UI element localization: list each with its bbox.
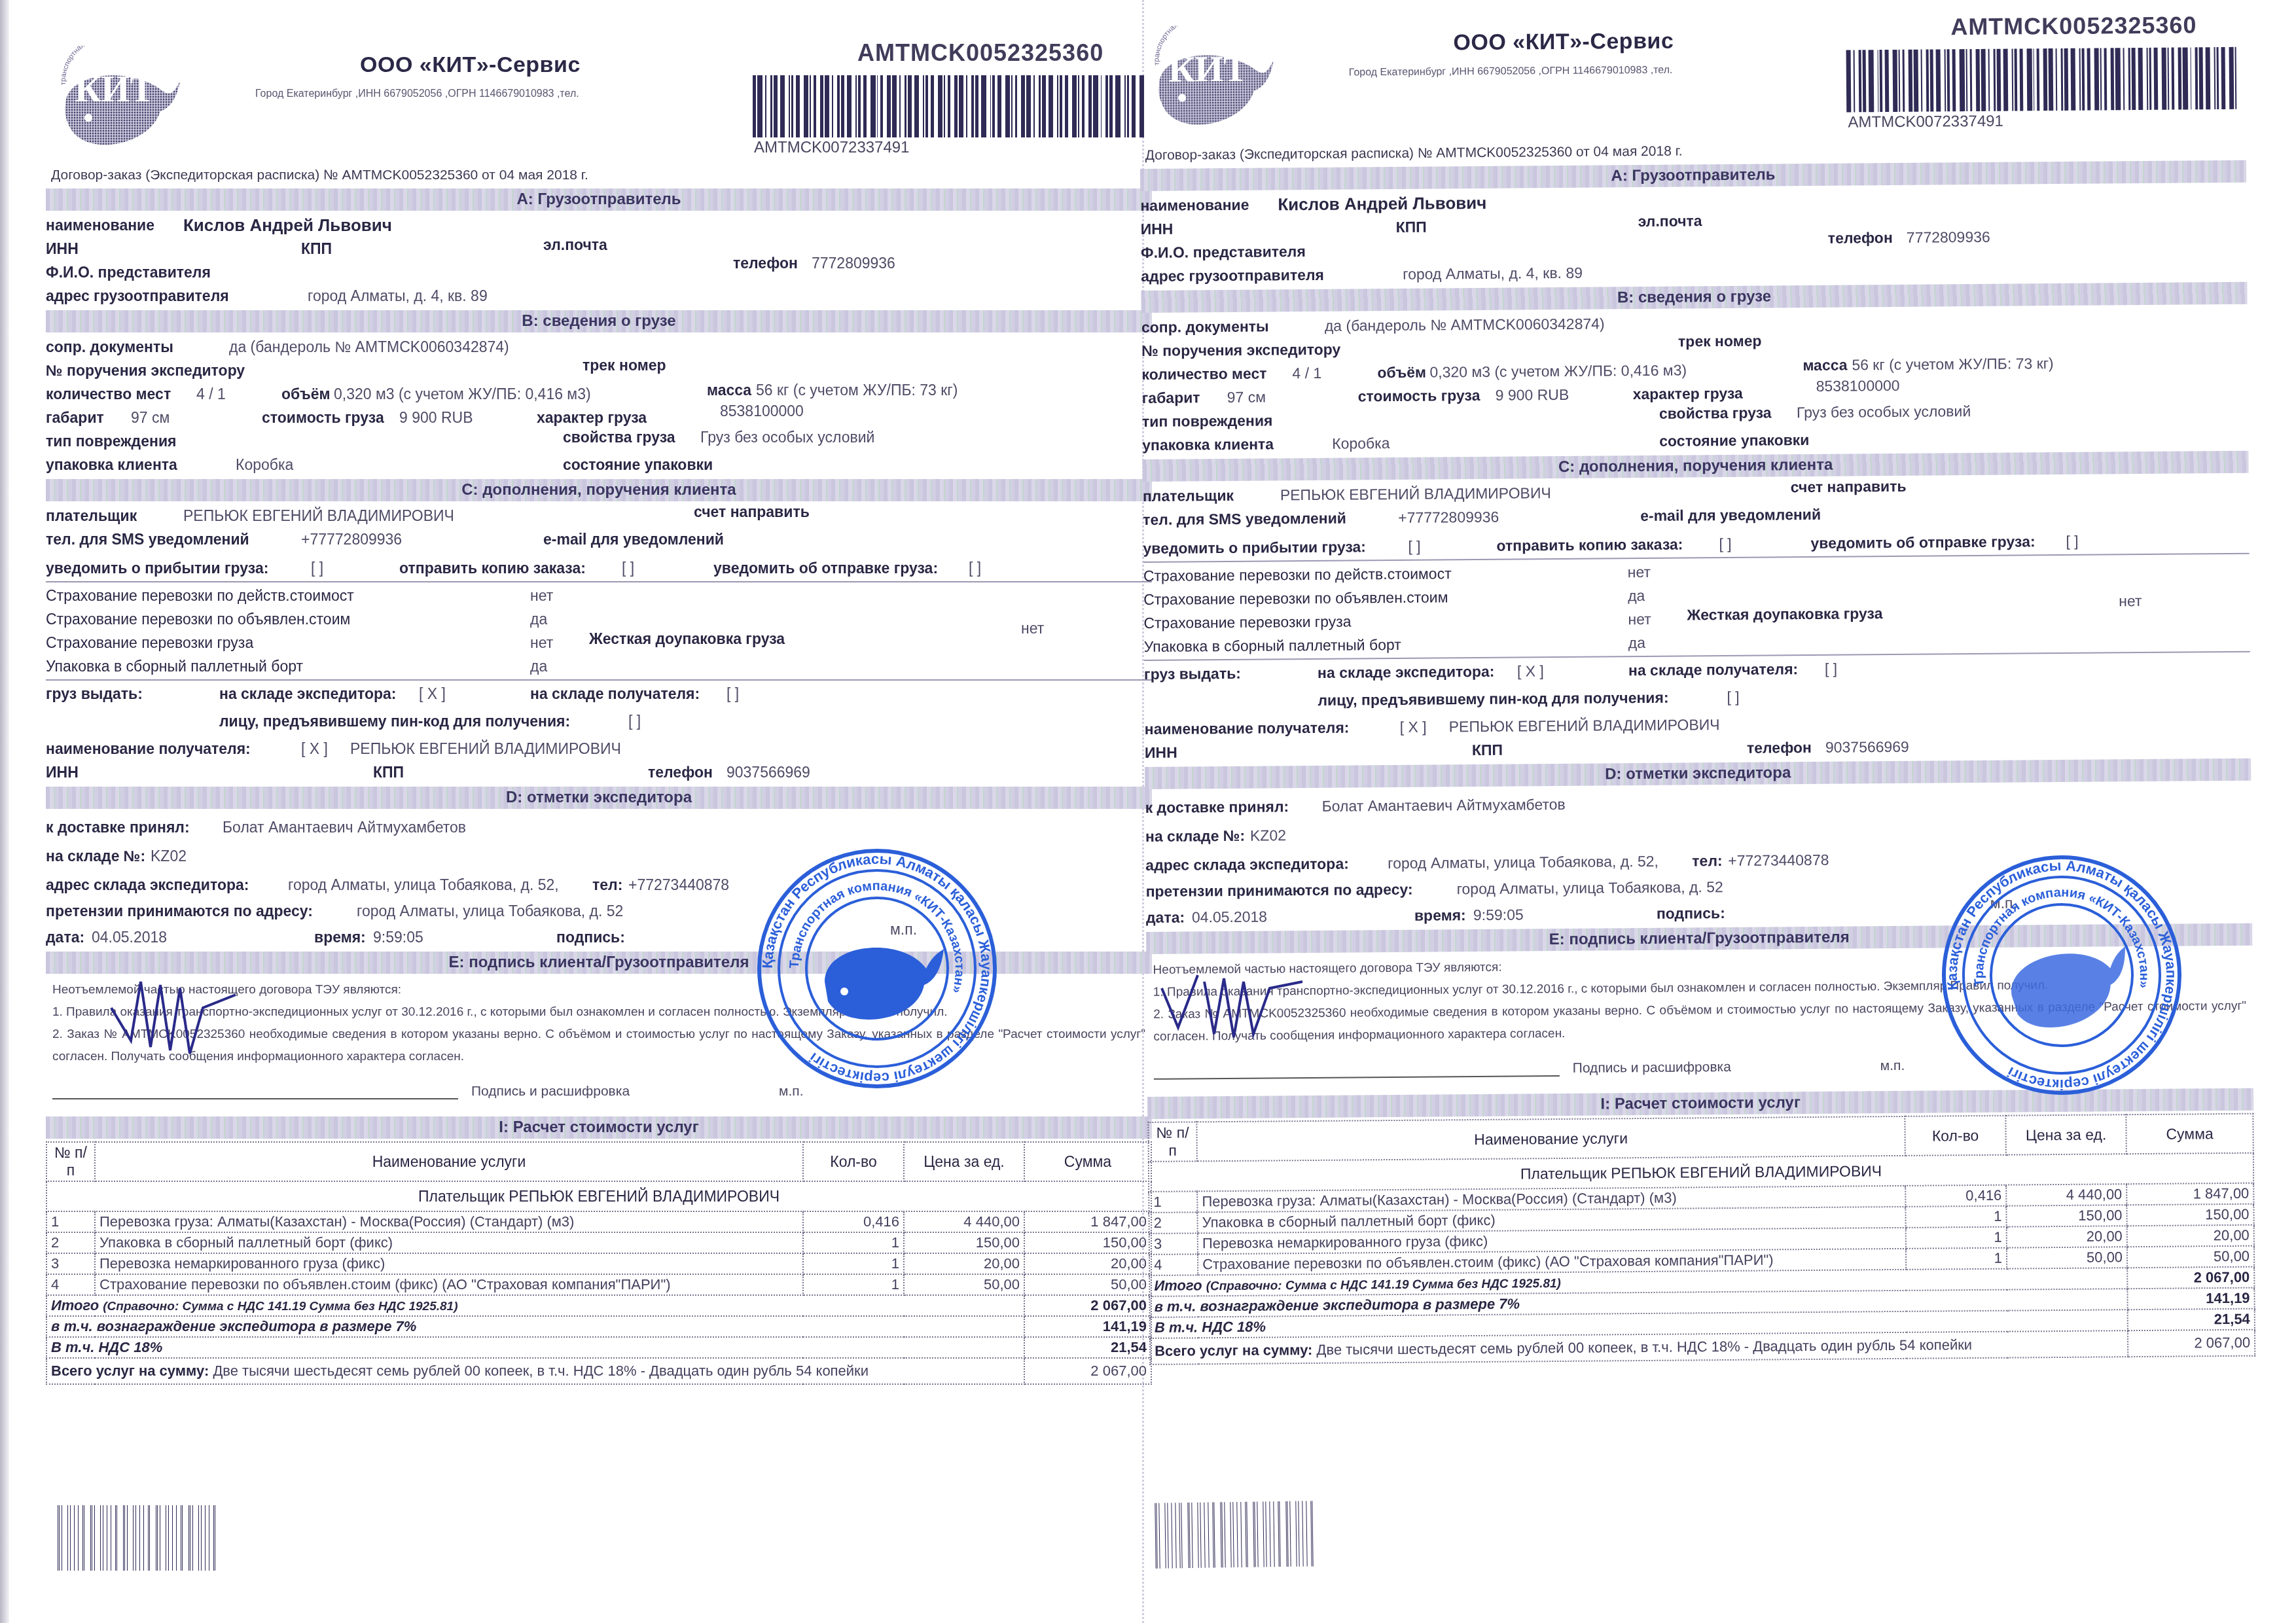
quantity: 0,416	[1905, 1185, 2006, 1207]
section-b-header: B: сведения о грузе	[46, 310, 1152, 332]
shipper-phone: 7772809936	[1907, 225, 1990, 249]
accepted-value: Болат Амантаевич Айтмухамбетов	[223, 815, 466, 839]
row-number: 1	[46, 1211, 95, 1232]
client-signature-row: Подпись и расшифровка м.п.	[46, 1068, 1152, 1114]
document-header: КИТ транспортная компания ООО «КИТ»-Серв…	[46, 26, 1152, 164]
cost-label: стоимость груза	[1358, 383, 1480, 408]
row-sum: 20,00	[1024, 1253, 1151, 1274]
at-forwarder-checkbox[interactable]: [ X ]	[419, 682, 446, 705]
shipper-name: Кислов Андрей Львович	[1278, 191, 1486, 217]
row-number: 2	[1149, 1212, 1197, 1234]
grand-total-value: 2 067,00	[2128, 1330, 2255, 1357]
barcode	[1846, 47, 2240, 113]
column-header: Кол-во	[1905, 1116, 2005, 1156]
props-label: свойства груза	[563, 425, 675, 449]
service-name: Перевозка немаркированного груза (фикс)	[95, 1253, 803, 1274]
shipper-address: город Алматы, д. 4, кв. 89	[1403, 261, 1583, 286]
docs-value: да (бандероль № AMTMCK0060342874)	[1325, 312, 1605, 337]
time-label: время:	[1414, 903, 1466, 927]
size-value: 97 см	[1227, 385, 1266, 408]
signature-line	[1154, 1075, 1560, 1080]
quantity: 1	[803, 1274, 904, 1295]
total-value: 2 067,00	[1024, 1295, 1151, 1316]
notify-dispatch-checkbox[interactable]: [ ]	[2066, 529, 2078, 553]
receiver-phone-label: телефон	[648, 760, 713, 784]
props-value: Груз без особых условий	[700, 425, 874, 449]
signature-line	[52, 1098, 458, 1099]
at-forwarder-label: на складе экспедитора:	[219, 682, 396, 705]
company-name: ООО «КИТ»-Сервис	[360, 52, 581, 78]
fee-value: 141,19	[1024, 1316, 1151, 1337]
grand-total-row: Всего услуг на сумму: Две тысячи шестьде…	[46, 1358, 1151, 1384]
pin-label: лицу, предъявившему пин-код для получени…	[1318, 686, 1668, 712]
insurance-label: Упаковка в сборный паллетный борт	[46, 654, 303, 678]
receiver-kpp-label: КПП	[373, 760, 404, 784]
seal-place-label: м.п.	[890, 918, 917, 941]
wh-tel-label: тел:	[592, 873, 622, 897]
at-forwarder-label: на складе экспедитора:	[1318, 660, 1495, 685]
at-forwarder-checkbox[interactable]: [ X ]	[1517, 659, 1544, 683]
row-sum: 150,00	[1024, 1232, 1151, 1253]
document-header: КИТ транспортная компания ООО «КИТ»-Серв…	[1139, 0, 2246, 144]
shipper-inn-label: ИНН	[1141, 217, 1174, 241]
pack-value: Коробка	[236, 453, 293, 476]
date-label: дата:	[46, 925, 84, 949]
claims-value: город Алматы, улица Тобаякова, д. 52	[357, 899, 623, 923]
service-name: Страхование перевозки по объявлен.стоим …	[95, 1274, 803, 1295]
send-copy-checkbox[interactable]: [ ]	[622, 556, 634, 580]
kit-whale-logo-icon: КИТ транспортная компания	[52, 46, 183, 157]
table-row: 1 Перевозка груза: Алматы(Казахстан) - М…	[46, 1211, 1151, 1232]
date-value: 04.05.2018	[92, 925, 167, 949]
signature-caption: Подпись и расшифровка	[1573, 1060, 1731, 1077]
mass-label: масса	[707, 378, 751, 402]
section-a-header: A: Грузоотправитель	[46, 188, 1152, 211]
bottom-barcode	[54, 1505, 217, 1571]
quantity: 1	[1905, 1206, 2006, 1228]
volume-value: 0,320 м3 (с учетом ЖУ/ПБ: 0,416 м3)	[1429, 358, 1687, 383]
row-sum: 50,00	[1024, 1274, 1151, 1295]
accepted-label: к доставке принял:	[46, 815, 190, 839]
receiver-kpp-label: КПП	[1472, 738, 1503, 762]
order-number: AMTMCK0052325360	[1950, 11, 2197, 41]
hard-pack-value: нет	[1021, 616, 1044, 640]
damage-label: тип повреждения	[46, 429, 176, 453]
shipper-phone-label: телефон	[733, 251, 798, 275]
warehouse-value: KZ02	[151, 844, 187, 868]
wh-address-value: город Алматы, улица Тобаякова, д. 52,	[1388, 849, 1659, 875]
unit-price: 4 440,00	[2006, 1184, 2126, 1205]
divider	[46, 679, 1152, 681]
time-value: 9:59:05	[1473, 902, 1524, 927]
column-header: Кол-во	[803, 1142, 904, 1181]
insurance-value: нет	[1628, 607, 1651, 631]
receiver-name: РЕПЬЮК ЕВГЕНИЙ ВЛАДИМИРОВИЧ	[350, 737, 621, 760]
volume-label: объём	[281, 382, 331, 406]
time-label: время:	[314, 925, 366, 949]
claims-value: город Алматы, улица Тобаякова, д. 52	[1456, 875, 1723, 901]
cost-table: № п/пНаименование услугиКол-воЦена за ед…	[46, 1141, 1152, 1385]
props-value: Груз без особых условий	[1797, 399, 1971, 424]
shipper-inn-label: ИНН	[46, 237, 79, 260]
unit-price: 150,00	[904, 1232, 1024, 1253]
notify-arrival-label: уведомить о прибытии груза:	[1143, 535, 1366, 560]
barcode-caption: AMTMCK0072337491	[1848, 113, 2003, 132]
cost-value: 9 900 RUB	[1496, 383, 1570, 407]
seal-place-label: м.п.	[1990, 891, 2017, 915]
notify-email-label: e-mail для уведомлений	[543, 527, 724, 551]
receiver-inn-label: ИНН	[1145, 741, 1177, 764]
order-number: AMTMCK0052325360	[857, 39, 1103, 67]
at-receiver-checkbox[interactable]: [ ]	[726, 682, 739, 705]
insurance-label: Страхование перевозки по объявлен.стоим	[1143, 585, 1448, 611]
sign-label: подпись:	[1657, 901, 1725, 925]
service-name: Упаковка в сборный паллетный борт (фикс)	[95, 1232, 803, 1253]
shipper-rep-label: Ф.И.О. представителя	[1141, 240, 1306, 264]
track-label: трек номер	[1678, 329, 1762, 353]
svg-text:КИТ: КИТ	[1168, 49, 1248, 90]
notify-arrival-checkbox[interactable]: [ ]	[1408, 535, 1420, 558]
payer-row: Плательщик РЕПЬЮК ЕВГЕНИЙ ВЛАДИМИРОВИЧ	[46, 1181, 1151, 1211]
pin-label: лицу, предъявившему пин-код для получени…	[219, 709, 570, 733]
hard-pack-label: Жесткая доупаковка груза	[589, 627, 785, 651]
cost-label: стоимость груза	[262, 406, 384, 429]
insurance-value: да	[1628, 631, 1646, 654]
unit-price: 20,00	[904, 1253, 1024, 1274]
insurance-value: да	[1628, 584, 1645, 607]
send-copy-label: отправить копию заказа:	[1496, 532, 1683, 557]
places-label: количество мест	[46, 382, 171, 406]
docs-label: сопр. документы	[1141, 314, 1269, 339]
receiver-checkbox[interactable]: [ X ]	[1400, 715, 1427, 739]
payer-value: РЕПЬЮК ЕВГЕНИЙ ВЛАДИМИРОВИЧ	[183, 504, 454, 527]
notify-dispatch-label: уведомить об отправке груза:	[1810, 529, 2035, 555]
places-value: 4 / 1	[196, 382, 226, 406]
insurance-label: Страхование перевозки по действ.стоимост	[1143, 562, 1452, 588]
table-row: 2 Упаковка в сборный паллетный борт (фик…	[46, 1232, 1151, 1253]
hard-pack-value: нет	[2119, 589, 2142, 613]
svg-text:КИТ: КИТ	[75, 69, 154, 110]
barcode-caption: AMTMCK0072337491	[754, 139, 909, 157]
row-sum: 1 847,00	[2126, 1183, 2253, 1205]
table-row: 4 Страхование перевозки по объявлен.стои…	[46, 1274, 1151, 1295]
quantity: 1	[803, 1253, 904, 1274]
claims-label: претензии принимаются по адресу:	[46, 899, 313, 923]
receiver-phone: 9037566969	[1825, 735, 1909, 759]
terms: Неотъемлемой частью настоящего договора …	[1146, 948, 2253, 1048]
cost-table: № п/пНаименование услугиКол-воЦена за ед…	[1147, 1113, 2255, 1365]
sign-label: подпись:	[556, 925, 625, 949]
barcode	[753, 75, 1145, 137]
send-copy-label: отправить копию заказа:	[399, 556, 586, 580]
mass-value: 56 кг (с учетом ЖУ/ПБ: 73 кг)	[756, 378, 958, 402]
wh-address-label: адрес склада экспедитора:	[46, 873, 249, 897]
column-header: № п/п	[46, 1142, 95, 1181]
fee-row: в т.ч. вознаграждение экспедитора в разм…	[46, 1316, 1151, 1337]
bottom-barcode	[1155, 1501, 1319, 1568]
insurance-label: Страхование перевозки груза	[1143, 609, 1351, 634]
payer-value: РЕПЬЮК ЕВГЕНИЙ ВЛАДИМИРОВИЧ	[1280, 481, 1551, 507]
column-header: Цена за ед.	[2005, 1115, 2126, 1154]
client-signature-row: Подпись и расшифровка м.п.	[1147, 1040, 2253, 1094]
insurance-label: Упаковка в сборный паллетный борт	[1144, 633, 1401, 658]
warehouse-label: на складе №:	[1145, 824, 1245, 848]
places-value: 4 / 1	[1292, 361, 1321, 385]
receiver-phone-label: телефон	[1747, 736, 1812, 760]
track-label: трек номер	[583, 353, 666, 377]
terms-item-2: 2. Заказ № AMTMCK0052325360 необходимые …	[52, 1024, 1145, 1068]
receiver-phone: 9037566969	[726, 760, 810, 784]
company-details: Город Екатеринбург ,ИНН 6679052056 ,ОГРН…	[1349, 65, 1673, 79]
at-receiver-checkbox[interactable]: [ ]	[1825, 657, 1837, 681]
notify-dispatch-label: уведомить об отправке груза:	[713, 556, 938, 580]
section-d-header: D: отметки экспедитора	[46, 787, 1152, 809]
insurance-value: нет	[530, 631, 553, 654]
receiver-checkbox[interactable]: [ X ]	[301, 737, 328, 760]
release-label: груз выдать:	[1144, 662, 1241, 686]
fee-value: 141,19	[2127, 1288, 2254, 1310]
terms-item-1: 1. Правила оказания транспортно-экспедиц…	[52, 1001, 1145, 1024]
insurance-label: Страхование перевозки по объявлен.стоим	[46, 607, 350, 631]
payer-label: плательщик	[1143, 484, 1234, 508]
wh-tel-value: +77273440878	[628, 873, 729, 897]
insurance-label: Страхование перевозки груза	[46, 631, 253, 654]
section-c-header: C: дополнения, поручения клиента	[46, 479, 1152, 501]
shipper-address-label: адрес грузоотправителя	[46, 284, 229, 308]
row-number: 4	[1149, 1254, 1198, 1275]
insurance-label: Страхование перевозки по действ.стоимост	[46, 584, 354, 607]
notify-email-label: e-mail для уведомлений	[1640, 503, 1821, 527]
company-details: Город Екатеринбург ,ИНН 6679052056 ,ОГРН…	[255, 88, 579, 100]
section-i-header: I: Расчет стоимости услуг	[46, 1116, 1152, 1139]
date-value: 04.05.2018	[1192, 905, 1267, 929]
cost-value: 9 900 RUB	[399, 406, 473, 429]
scan-edge	[0, 0, 9, 1623]
table-row: 3 Перевозка немаркированного груза (фикс…	[46, 1253, 1151, 1274]
mass-label: масса	[1803, 353, 1847, 378]
shipper-name-label: наименование	[46, 213, 154, 237]
sms-label: тел. для SMS уведомлений	[46, 527, 249, 551]
row-sum: 1 847,00	[1024, 1211, 1151, 1232]
notify-arrival-label: уведомить о прибытии груза:	[46, 556, 268, 580]
payer-cell: Плательщик РЕПЬЮК ЕВГЕНИЙ ВЛАДИМИРОВИЧ	[46, 1181, 1151, 1211]
date-label: дата:	[1146, 905, 1185, 929]
row-number: 3	[46, 1253, 95, 1274]
send-copy-checkbox[interactable]: [ ]	[1719, 532, 1731, 556]
volume-label: объём	[1377, 361, 1426, 385]
shipper-address-label: адрес грузоотправителя	[1141, 263, 1324, 288]
accepted-value: Болат Амантаевич Айтмухамбетов	[1321, 793, 1565, 818]
insurance-value: да	[530, 607, 547, 631]
shipper-phone: 7772809936	[812, 251, 895, 275]
accepted-label: к доставке принял:	[1145, 794, 1289, 819]
claims-label: претензии принимаются по адресу:	[1145, 878, 1412, 903]
total-label: Итого (Справочно: Сумма с НДС 141.19 Сум…	[46, 1295, 1024, 1316]
at-receiver-label: на складе получателя:	[530, 682, 700, 705]
insurance-value: нет	[1628, 560, 1651, 584]
column-header: Наименование услуги	[95, 1142, 803, 1181]
seal-place-label: м.п.	[1880, 1058, 1905, 1074]
quantity: 0,416	[803, 1211, 904, 1232]
quantity: 1	[1906, 1227, 2007, 1249]
release-label: груз выдать:	[46, 682, 143, 705]
terms-item-2: 2. Заказ № AMTMCK0052325360 необходимые …	[1153, 995, 2246, 1048]
insurance-list: Страхование перевозки по действ.стоимост…	[1143, 556, 2250, 658]
row-number: 3	[1149, 1233, 1198, 1255]
pack-label: упаковка клиента	[1142, 432, 1274, 457]
pack-label: упаковка клиента	[46, 453, 177, 476]
wh-address-value: город Алматы, улица Тобаякова, д. 52,	[288, 873, 559, 897]
insurance-row: Страхование перевозки груза нетЖесткая д…	[46, 631, 1152, 654]
row-number: 4	[46, 1274, 95, 1295]
size-value: 97 см	[131, 406, 170, 429]
shipper-kpp-label: КПП	[1396, 215, 1427, 239]
cost-table-header: № п/пНаименование услугиКол-воЦена за ед…	[46, 1142, 1151, 1181]
total-row: Итого (Справочно: Сумма с НДС 141.19 Сум…	[46, 1295, 1151, 1316]
size-label: габарит	[46, 406, 104, 429]
shipper-rep-label: Ф.И.О. представителя	[46, 260, 211, 284]
fee-label: в т.ч. вознаграждение экспедитора в разм…	[46, 1316, 1024, 1337]
vat-row: В т.ч. НДС 18%21,54	[46, 1337, 1151, 1358]
size-label: габарит	[1142, 385, 1200, 410]
vat-label: В т.ч. НДС 18%	[46, 1337, 1024, 1358]
grand-total-text: Всего услуг на сумму: Две тысячи шестьде…	[46, 1358, 1024, 1384]
volume-value: 0,320 м3 (с учетом ЖУ/ПБ: 0,416 м3)	[334, 382, 591, 406]
signature-caption: Подпись и расшифровка	[471, 1084, 630, 1099]
row-number: 1	[1149, 1191, 1197, 1213]
notify-dispatch-checkbox[interactable]: [ ]	[969, 556, 981, 580]
quantity: 1	[1906, 1248, 2007, 1270]
pack-state-label: состояние упаковки	[563, 453, 713, 476]
unit-price: 20,00	[2007, 1226, 2127, 1247]
payer-label: плательщик	[46, 504, 137, 527]
docs-value: да (бандероль № AMTMCK0060342874)	[229, 335, 509, 359]
sms-value: +77772809936	[1398, 505, 1499, 529]
seal-place-label: м.п.	[779, 1084, 803, 1099]
shipper-address: город Алматы, д. 4, кв. 89	[308, 284, 488, 308]
mass-value: 56 кг (с учетом ЖУ/ПБ: 73 кг)	[1852, 351, 2054, 376]
receiver-inn-label: ИНН	[46, 760, 79, 784]
row-sum: 50,00	[2127, 1246, 2254, 1268]
insurance-value: да	[530, 654, 547, 678]
terms-intro: Неотъемлемой частью настоящего договора …	[52, 979, 1145, 1001]
sms-label: тел. для SMS уведомлений	[1143, 507, 1346, 531]
order-label: № поручения экспедитору	[46, 359, 245, 382]
wh-tel-label: тел:	[1692, 849, 1723, 872]
insurance-value: нет	[530, 584, 553, 607]
total-value: 2 067,00	[2127, 1267, 2254, 1289]
section-e-header: E: подпись клиента/Грузоотправителя	[46, 952, 1152, 974]
shipper-email-label: эл.почта	[1638, 209, 1702, 233]
row-number: 2	[46, 1232, 95, 1253]
wh-address-label: адрес склада экспедитора:	[1145, 852, 1349, 877]
row-sum: 150,00	[2126, 1204, 2253, 1226]
nature-value: 8538100000	[1816, 374, 1899, 398]
places-label: количество мест	[1141, 361, 1266, 386]
vat-value: 21,54	[1024, 1337, 1151, 1358]
contract-line: Договор-заказ (Экспедиторская расписка) …	[51, 168, 1152, 183]
column-header: Цена за ед.	[904, 1142, 1024, 1181]
pack-state-label: состояние упаковки	[1659, 428, 1809, 453]
shipper-name-label: наименование	[1140, 193, 1249, 217]
column-header: Сумма	[2126, 1114, 2253, 1154]
row-sum: 20,00	[2127, 1225, 2254, 1247]
props-label: свойства груза	[1659, 401, 1772, 425]
company-name: ООО «КИТ»-Сервис	[1453, 29, 1674, 56]
receipt-copy-left: КИТ транспортная компания ООО «КИТ»-Серв…	[46, 26, 1152, 1505]
column-header: № п/п	[1148, 1122, 1196, 1162]
insurance-list: Страхование перевозки по действ.стоимост…	[46, 584, 1152, 678]
vat-value: 21,54	[2128, 1309, 2255, 1331]
warehouse-value: KZ02	[1250, 823, 1286, 847]
unit-price: 50,00	[2007, 1247, 2127, 1268]
receiver-name: РЕПЬЮК ЕВГЕНИЙ ВЛАДИМИРОВИЧ	[1449, 713, 1720, 738]
service-name: Перевозка груза: Алматы(Казахстан) - Мос…	[95, 1211, 803, 1232]
quantity: 1	[803, 1232, 904, 1253]
at-receiver-label: на складе получателя:	[1628, 657, 1798, 682]
damage-label: тип повреждения	[1142, 408, 1273, 433]
invoice-label: счет направить	[1791, 474, 1907, 499]
kit-whale-logo-icon: КИТ транспортная компания	[1145, 25, 1277, 137]
pack-value: Коробка	[1332, 431, 1390, 455]
order-label: № поручения экспедитору	[1141, 338, 1340, 363]
receiver-label: наименование получателя:	[1145, 716, 1350, 741]
wh-tel-value: +77273440878	[1728, 848, 1829, 872]
column-header: Сумма	[1024, 1142, 1151, 1181]
insurance-row: Упаковка в сборный паллетный борт да	[46, 654, 1152, 678]
shipper-phone-label: телефон	[1828, 226, 1893, 250]
contract-line: Договор-заказ (Экспедиторская расписка) …	[1145, 139, 2246, 164]
warehouse-label: на складе №:	[46, 844, 145, 868]
receiver-label: наименование получателя:	[46, 737, 251, 760]
unit-price: 4 440,00	[904, 1211, 1024, 1232]
terms: Неотъемлемой частью настоящего договора …	[46, 976, 1152, 1068]
sms-value: +77772809936	[301, 527, 402, 551]
column-header: Наименование услуги	[1196, 1116, 1905, 1161]
receipt-copy-right: КИТ транспортная компания ООО «КИТ»-Серв…	[1139, 0, 2257, 1486]
unit-price: 50,00	[904, 1274, 1024, 1295]
docs-label: сопр. документы	[46, 335, 173, 359]
grand-total-value: 2 067,00	[1024, 1358, 1151, 1384]
shipper-email-label: эл.почта	[543, 233, 607, 257]
pin-checkbox[interactable]: [ ]	[628, 709, 641, 733]
nature-value: 8538100000	[720, 399, 804, 423]
insurance-row: Страхование перевозки по действ.стоимост…	[46, 584, 1152, 607]
time-value: 9:59:05	[373, 925, 423, 949]
notify-arrival-checkbox[interactable]: [ ]	[311, 556, 323, 580]
shipper-kpp-label: КПП	[301, 237, 332, 260]
divider	[46, 581, 1152, 582]
unit-price: 150,00	[2006, 1205, 2126, 1226]
shipper-name: Кислов Андрей Львович	[183, 213, 392, 237]
pin-checkbox[interactable]: [ ]	[1727, 685, 1739, 709]
invoice-label: счет направить	[694, 500, 810, 524]
hard-pack-label: Жесткая доупаковка груза	[1687, 601, 1882, 626]
